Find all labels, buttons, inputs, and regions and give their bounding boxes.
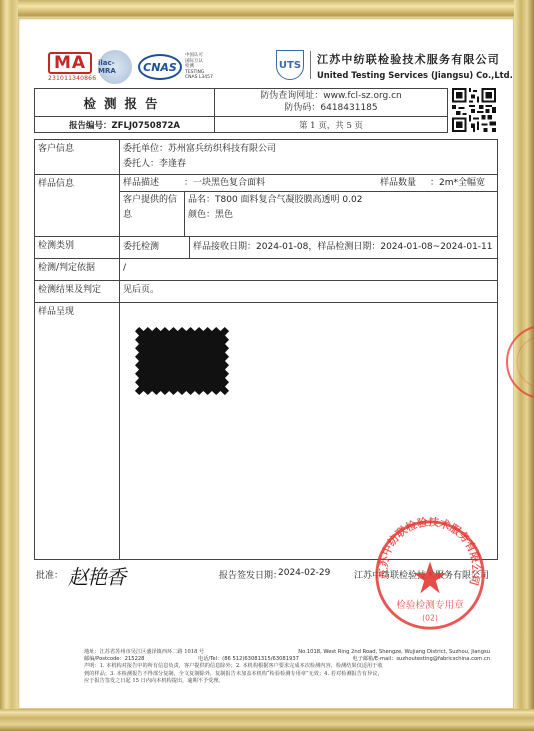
sample-desc: ：一块黑色复合面料 [181,175,377,191]
issue-date-label: 报告签发日期： [219,568,282,581]
report-info-table: 客户信息 委托单位：苏州富兵纺织科技有限公司 委托人：李逢春 样品信息 样品描述… [34,139,498,560]
approve-label: 批准： [36,568,63,581]
report-number: 报告编号：ZFLJ0750872A [35,117,215,133]
customer-provided-row: 客户提供的信息 品名：T800 面料复合气凝胶膜高透明 0.02 颜色：黑色 [120,192,497,236]
verify-code: 6418431185 [320,103,377,113]
certification-logos: MA 231011340866 ilac-MRA CNAS 中国认可 国际互认 … [48,50,213,84]
uts-emblem-icon: UTS [276,50,304,80]
company-name-cn: 江苏中纺联检验技术服务有限公司 [317,51,513,67]
cnas-logo: CNAS 中国认可 国际互认 检测 TESTING CNAS L3457 [138,53,213,81]
statement-1: 声明：1. 本机构对报告中的所有信息负责，客户提供的信息除外；2. 本机构根据客… [84,663,490,670]
customer-provided-info: 品名：T800 面料复合气凝胶膜高透明 0.02 颜色：黑色 [185,192,497,236]
tested-date: 2024-01-08~2024-01-11 [380,242,492,252]
client-name: 苏州富兵纺织科技有限公司 [168,144,276,154]
sample-desc-row: 样品描述 ：一块黑色复合面料 样品数量 ：2m*全幅宽 [120,175,497,192]
cnas-mark: CNAS [138,54,182,80]
row-test-type: 检测类别 委托检测 样品接收日期：2024-01-08，样品检测日期：2024-… [35,237,498,259]
company-name-en: United Testing Services (Jiangsu) Co.,Lt… [317,70,513,80]
frame-right [514,0,534,731]
test-type-value: 委托检测 样品接收日期：2024-01-08，样品检测日期：2024-01-08… [120,237,498,259]
brand-divider [310,51,311,79]
ilac-mra-logo: ilac-MRA [98,50,132,84]
test-dates: 样品接收日期：2024-01-08，样品检测日期：2024-01-08~2024… [190,237,497,258]
seam-seal-stamp [503,322,534,402]
photo-label: 样品呈现 [35,303,120,560]
row-basis: 检测/判定依据 / [35,259,498,281]
cma-number: 231011340866 [48,75,92,82]
row-photo: 样品呈现 [35,303,498,560]
report-title: 检测报告 [35,89,215,117]
fabric-sample-image [135,327,229,395]
approver-signature: 赵艳香 [68,561,125,590]
svg-text:检验检测专用章: 检验检测专用章 [396,599,464,611]
company-brand: UTS 江苏中纺联检验技术服务有限公司 United Testing Servi… [276,50,513,80]
test-type: 委托检测 [120,237,190,258]
product-color: 黑色 [215,210,233,220]
verify-site-link[interactable]: www.fcl-sz.org.cn [323,91,402,101]
customer-label: 客户信息 [35,140,120,175]
page-info: 第 1 页，共 5 页 [215,117,448,133]
basis-label: 检测/判定依据 [35,259,120,281]
frame-left [0,0,18,731]
basis-value: / [120,259,498,281]
row-customer: 客户信息 委托单位：苏州富兵纺织科技有限公司 委托人：李逢春 [35,140,498,175]
sample-qty: ：2m*全幅宽 [427,175,497,191]
product-name: T800 面料复合气凝胶膜高透明 0.02 [215,195,362,205]
frame-top [0,0,534,18]
cma-logo: MA 231011340866 [48,52,92,82]
sample-value: 样品描述 ：一块黑色复合面料 样品数量 ：2m*全幅宽 客户提供的信息 品名：T… [120,175,498,237]
client-contact: 李逢春 [159,159,186,169]
result-label: 检测结果及判定 [35,281,120,303]
report-header-table: 检测报告 防伪查询网址：www.fcl-sz.org.cn 防伪码：641843… [34,88,448,133]
statement-2: 到的样品；3. 本检测报告不得部分复制，全文复制除外，复制报告未加盖本机构“检验… [84,671,490,678]
customer-value: 委托单位：苏州富兵纺织科技有限公司 委托人：李逢春 [120,140,498,175]
row-sample: 样品信息 样品描述 ：一块黑色复合面料 样品数量 ：2m*全幅宽 客户提供的信息… [35,175,498,237]
cma-mark: MA [48,52,92,74]
qr-code[interactable] [452,88,496,132]
footer-notes: 地址：江苏省苏州市吴江区盛泽镇西环二路 1018 号No.1018, West … [84,649,490,685]
test-type-label: 检测类别 [35,237,120,259]
result-value: 见后页。 [120,281,498,303]
anti-counterfeit-info: 防伪查询网址：www.fcl-sz.org.cn 防伪码：6418431185 [215,89,448,117]
received-date: 2024-01-08 [256,242,308,252]
statement-3: 应于报告签发之日起 15 日内向本机构提出，逾期不予受理。 [84,678,490,685]
frame-bottom [0,709,534,731]
sample-label: 样品信息 [35,175,120,237]
qr-code-icon [452,88,496,132]
cnas-caption: 中国认可 国际互认 检测 TESTING CNAS L3457 [185,53,213,81]
photo-cell [120,303,498,560]
issue-date: 2024-02-29 [278,568,330,578]
row-result: 检测结果及判定 见后页。 [35,281,498,303]
svg-text:(02): (02) [422,613,438,622]
issuer-name: 江苏中纺联检验技术服务有限公司 [354,568,489,581]
